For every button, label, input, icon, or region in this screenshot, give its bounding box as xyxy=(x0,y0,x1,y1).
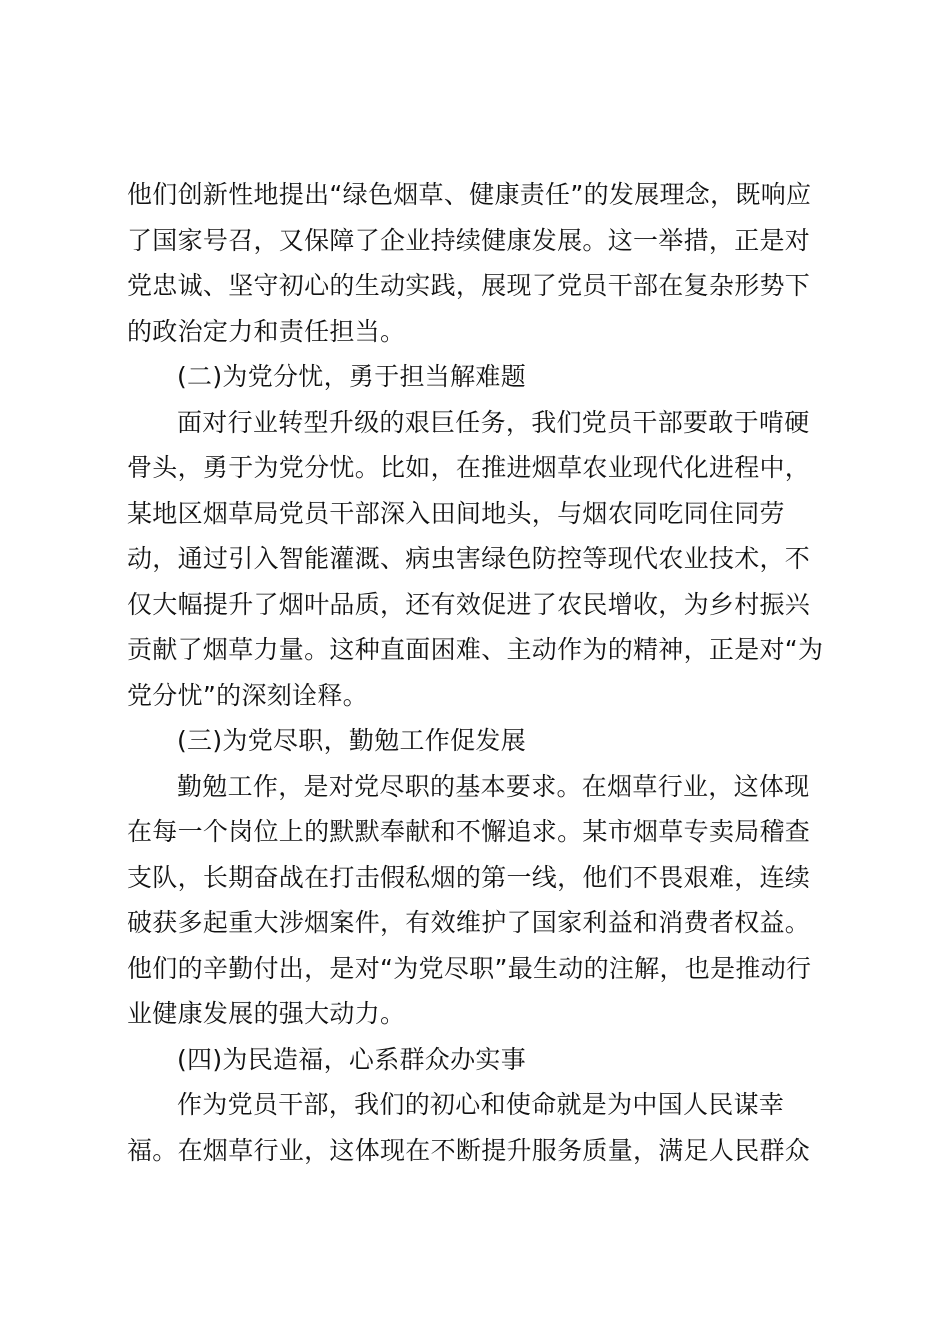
section-heading: (三)为党尽职，勤勉工作促发展 xyxy=(127,718,837,764)
text-line: 动，通过引入智能灌溉、病虫害绿色防控等现代农业技术，不 xyxy=(127,536,837,582)
text-line: 在每一个岗位上的默默奉献和不懈追求。某市烟草专卖局稽查 xyxy=(127,809,837,855)
text-line: 某地区烟草局党员干部深入田间地头，与烟农同吃同住同劳 xyxy=(127,491,837,537)
document-page: 他们创新性地提出“绿色烟草、健康责任”的发展理念，既响应 了国家号召，又保障了企… xyxy=(127,172,837,1173)
section-heading: (四)为民造福，心系群众办实事 xyxy=(127,1037,837,1083)
text-line: 仅大幅提升了烟叶品质，还有效促进了农民增收，为乡村振兴 xyxy=(127,582,837,628)
section-heading: (二)为党分忧，勇于担当解难题 xyxy=(127,354,837,400)
text-line: 贡献了烟草力量。这种直面困难、主动作为的精神，正是对“为 xyxy=(127,627,837,673)
text-line: 支队，长期奋战在打击假私烟的第一线，他们不畏艰难，连续 xyxy=(127,855,837,901)
text-line: 业健康发展的强大动力。 xyxy=(127,991,837,1037)
text-line: 党分忧”的深刻诠释。 xyxy=(127,673,837,719)
text-line: 他们的辛勤付出，是对“为党尽职”最生动的注解，也是推动行 xyxy=(127,946,837,992)
text-line: 党忠诚、坚守初心的生动实践，展现了党员干部在复杂形势下 xyxy=(127,263,837,309)
text-line: 勤勉工作，是对党尽职的基本要求。在烟草行业，这体现 xyxy=(127,764,837,810)
text-line: 福。在烟草行业，这体现在不断提升服务质量，满足人民群众 xyxy=(127,1128,837,1174)
text-line: 破获多起重大涉烟案件，有效维护了国家利益和消费者权益。 xyxy=(127,900,837,946)
text-line: 作为党员干部，我们的初心和使命就是为中国人民谋幸 xyxy=(127,1082,837,1128)
text-line: 骨头，勇于为党分忧。比如，在推进烟草农业现代化进程中， xyxy=(127,445,837,491)
text-line: 了国家号召，又保障了企业持续健康发展。这一举措，正是对 xyxy=(127,218,837,264)
text-line: 的政治定力和责任担当。 xyxy=(127,309,837,355)
text-line: 面对行业转型升级的艰巨任务，我们党员干部要敢于啃硬 xyxy=(127,400,837,446)
text-line: 他们创新性地提出“绿色烟草、健康责任”的发展理念，既响应 xyxy=(127,172,837,218)
